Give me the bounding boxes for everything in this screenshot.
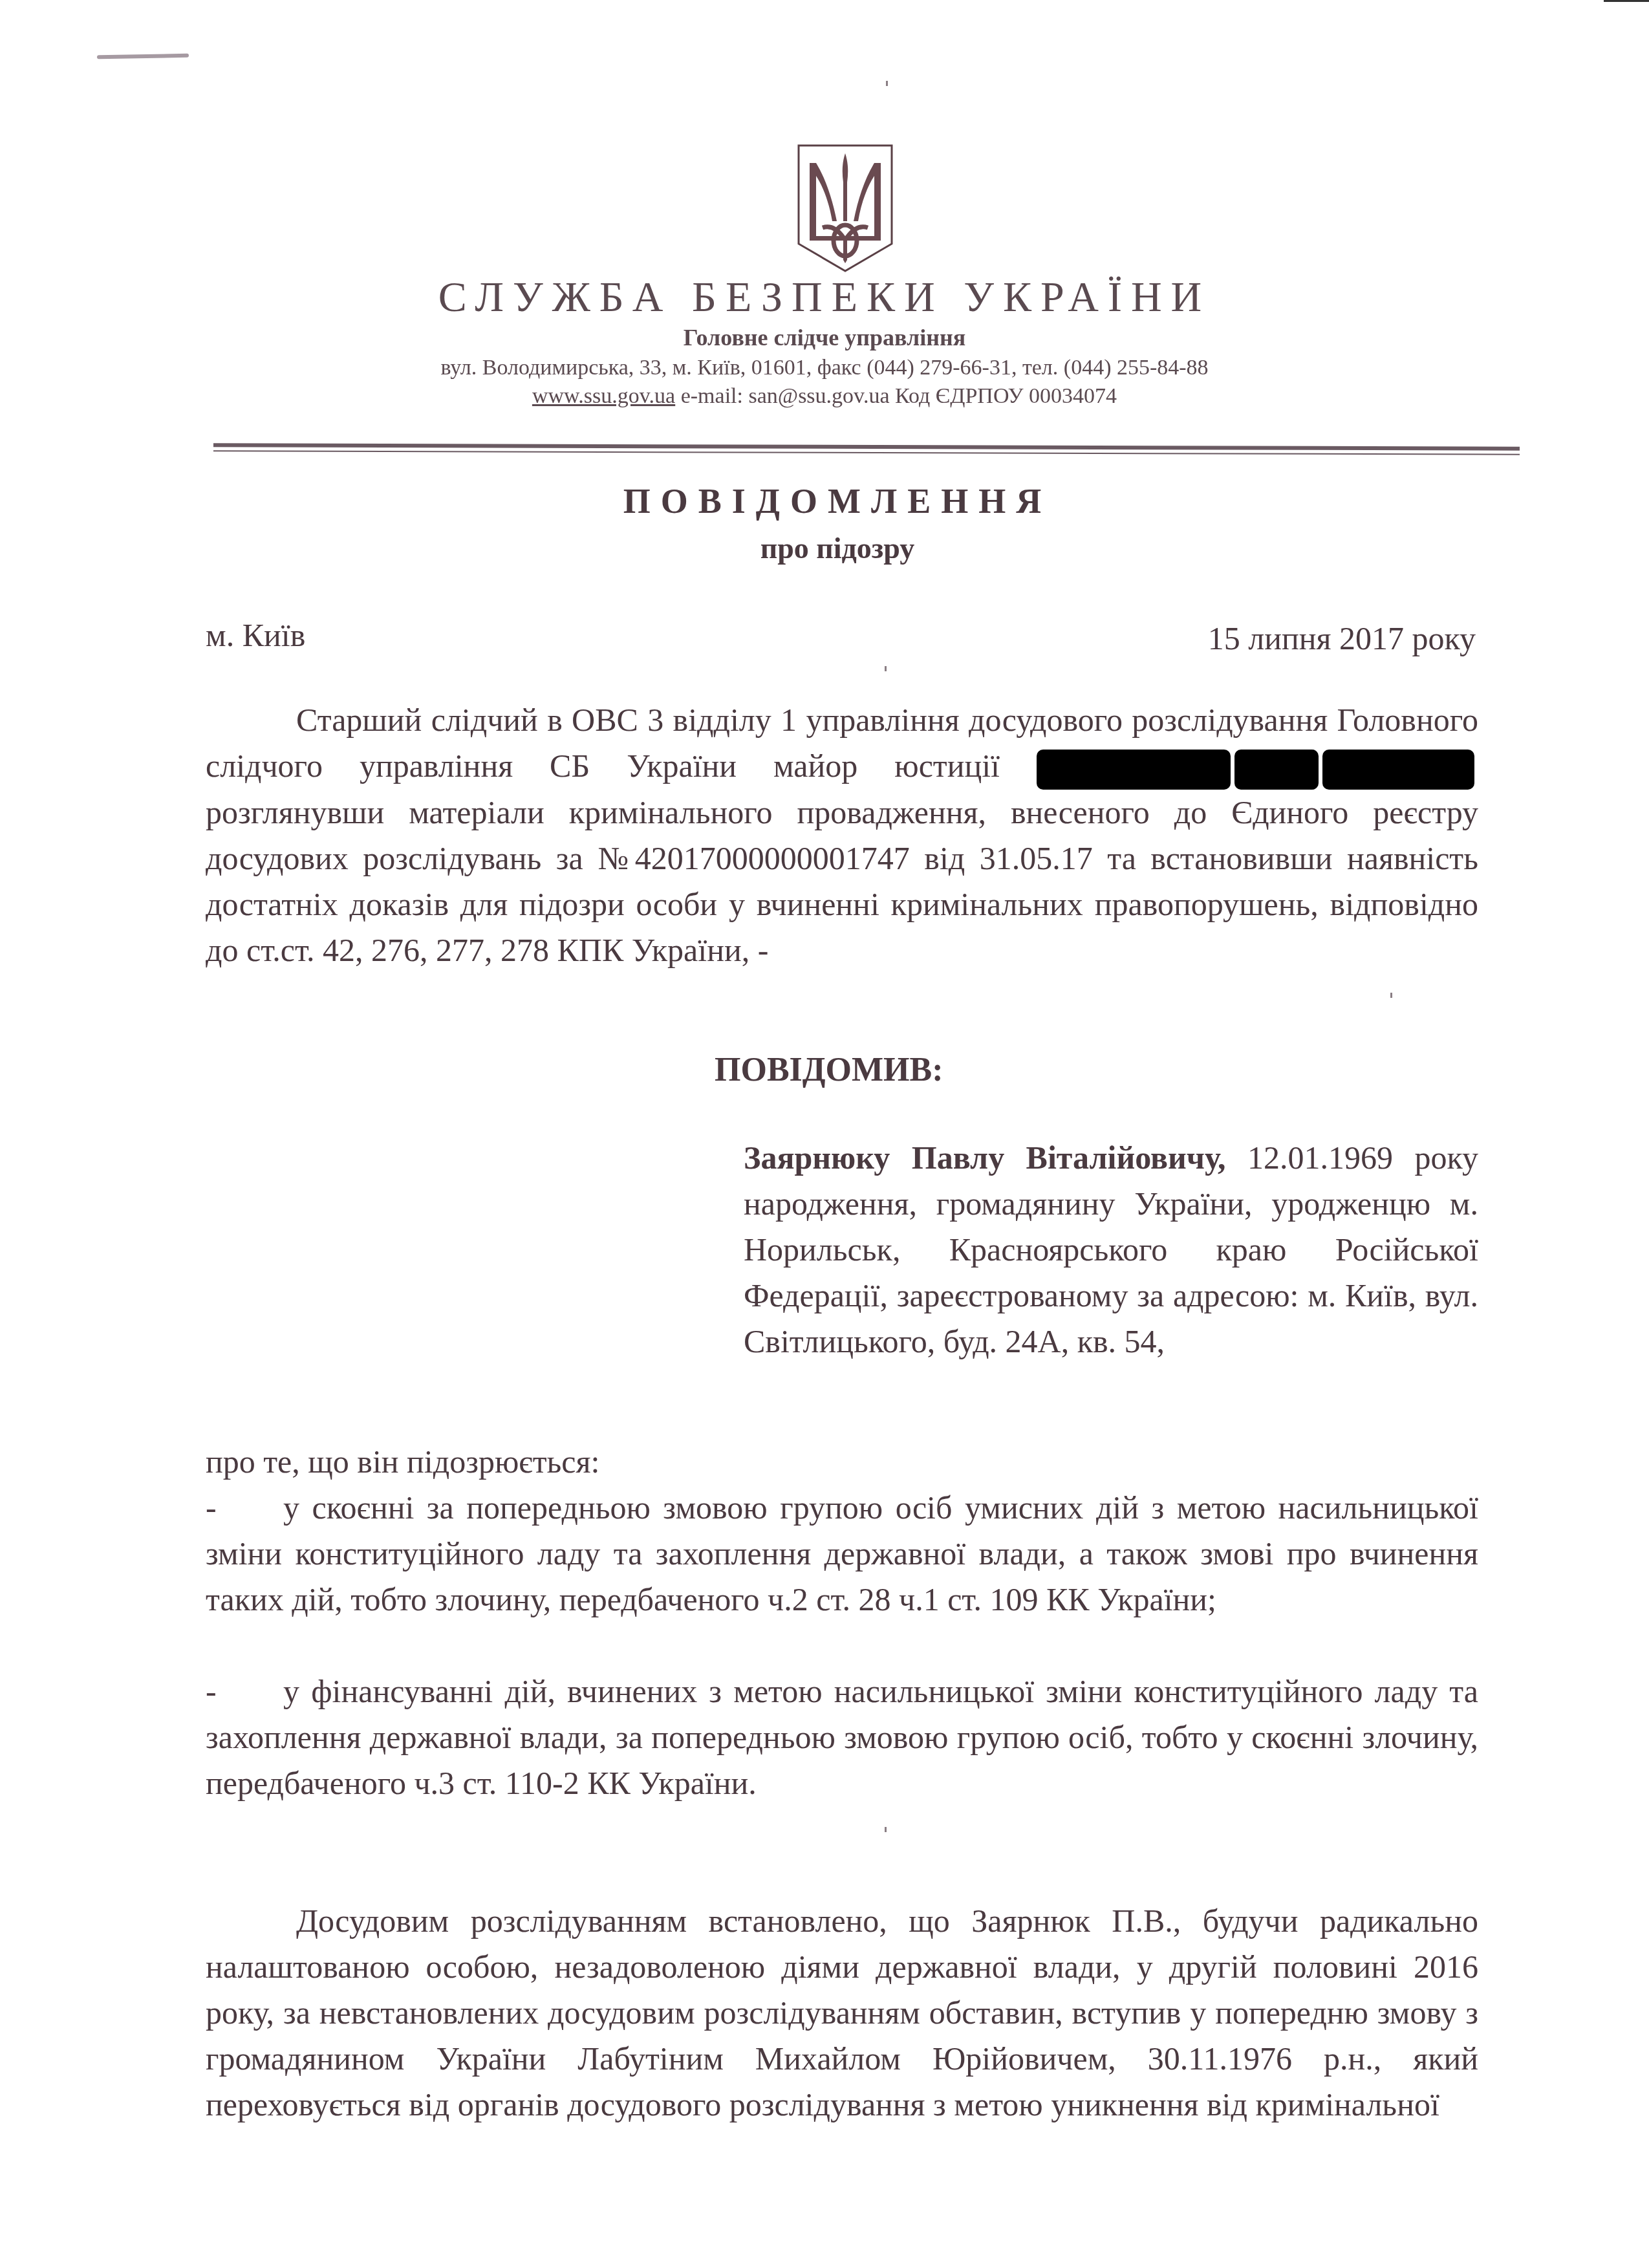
email-and-code: e-mail: san@ssu.gov.ua Код ЄДРПОУ 000340… [675, 384, 1117, 408]
document-subtitle: про підозру [0, 529, 1649, 568]
scan-speck [885, 666, 887, 671]
charge-item: -у скоєнні за попередньою змовою групою … [206, 1485, 1478, 1623]
scan-speck [886, 81, 888, 86]
letterhead-divider-thin [213, 450, 1520, 455]
document-date: 15 липня 2017 року [1208, 618, 1476, 659]
suspected-intro: про те, що він підозрюється: [206, 1439, 599, 1485]
charge-marker: - [206, 1669, 283, 1714]
trident-emblem-icon [797, 144, 894, 273]
investigation-paragraph: Досудовим розслідуванням встановлено, що… [206, 1898, 1478, 2128]
scan-edge-artifact [1604, 0, 1649, 2]
document-place: м. Київ [206, 614, 305, 656]
charge-text: у скоєнні за попередньою змовою групою о… [206, 1489, 1478, 1617]
notified-heading: ПОВІДОМИВ: [715, 1048, 943, 1093]
redaction-block [1322, 750, 1474, 790]
redaction-block [1037, 750, 1231, 790]
charge-text: у фінансуванні дій, вчинених з метою нас… [206, 1673, 1478, 1801]
suspect-details: Заярнюку Павлу Віталійовичу, 12.01.1969 … [744, 1135, 1478, 1365]
intro-text-part2: розглянувши матеріали кримінального пров… [206, 794, 1478, 968]
document-title: ПОВІДОМЛЕННЯ [0, 479, 1649, 524]
redaction-block [1234, 750, 1319, 790]
organization-name: СЛУЖБА БЕЗПЕКИ УКРАЇНИ [0, 272, 1649, 323]
department-name: Головне слідче управління [0, 323, 1649, 352]
scan-speck [885, 1827, 887, 1832]
organization-address: вул. Володимирська, 33, м. Київ, 01601, … [0, 354, 1649, 382]
intro-paragraph: Старший слідчий в ОВС 3 відділу 1 управл… [206, 697, 1478, 973]
scan-pen-mark [97, 54, 189, 59]
charge-item: -у фінансуванні дій, вчинених з метою на… [206, 1669, 1478, 1806]
suspect-name: Заярнюку Павлу Віталійовичу, [744, 1139, 1225, 1176]
website-link[interactable]: www.ssu.gov.ua [532, 384, 675, 408]
scan-speck [1390, 993, 1392, 998]
organization-contacts: www.ssu.gov.ua e-mail: san@ssu.gov.ua Ко… [0, 383, 1649, 410]
letterhead-divider-thick [213, 443, 1520, 450]
charge-marker: - [206, 1485, 283, 1531]
